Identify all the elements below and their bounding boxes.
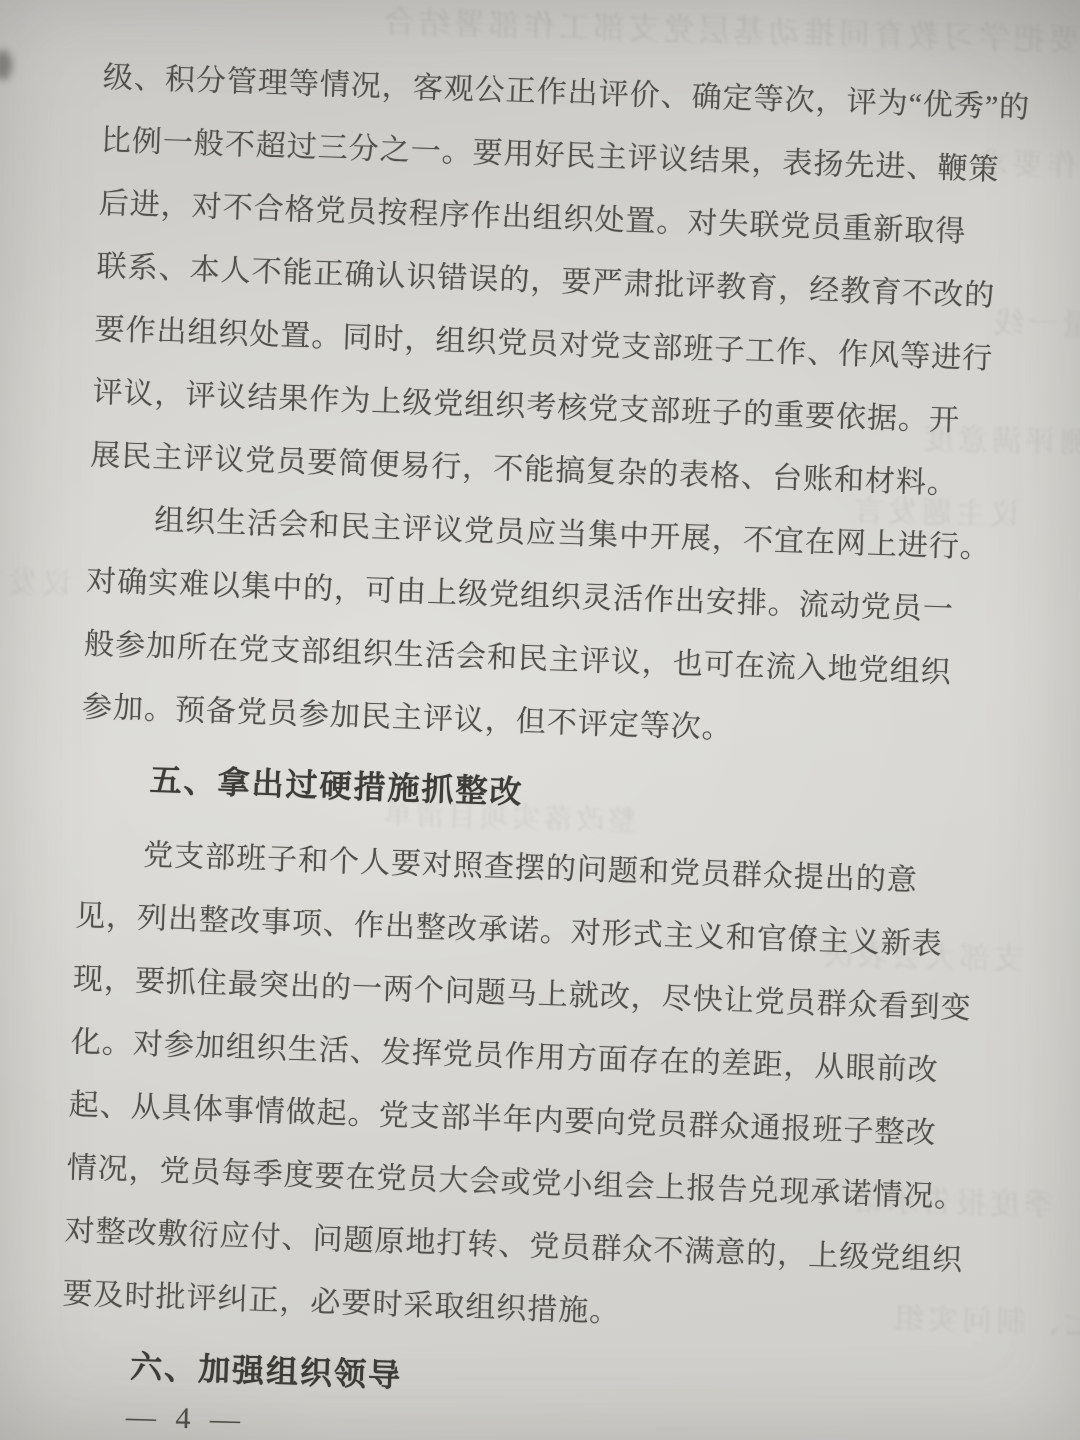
paragraph: 级、积分管理等情况，客观公正作出评价、确定等次，评为“优秀”的比例一般不超过三分…	[89, 46, 1023, 517]
paragraph: 党支部班子和个人要对照查摆的问题和党员群众提出的意见，列出整改事项、作出整改承诺…	[62, 822, 998, 1356]
ghost-bleed-text: 议发言	[0, 557, 73, 604]
ghost-bleed-text: 要把学习教育同推动基层党支部工作部署结合	[250, 0, 1080, 60]
page-text-block: 级、积分管理等情况，客观公正作出评价、确定等次，评为“优秀”的比例一般不超过三分…	[59, 46, 1024, 1439]
page-number: — 4 —	[126, 1400, 247, 1437]
paragraph: 组织生活会和民主评议党员应当集中开展，不宜在网上进行。对确实难以集中的，可由上级…	[81, 487, 1009, 769]
book-page-photo: 要把学习教育同推动基层党支部工作部署结合 工作要求 员力量一线 测评满意度 议主…	[0, 0, 1080, 1440]
edge-smudge	[0, 50, 12, 80]
